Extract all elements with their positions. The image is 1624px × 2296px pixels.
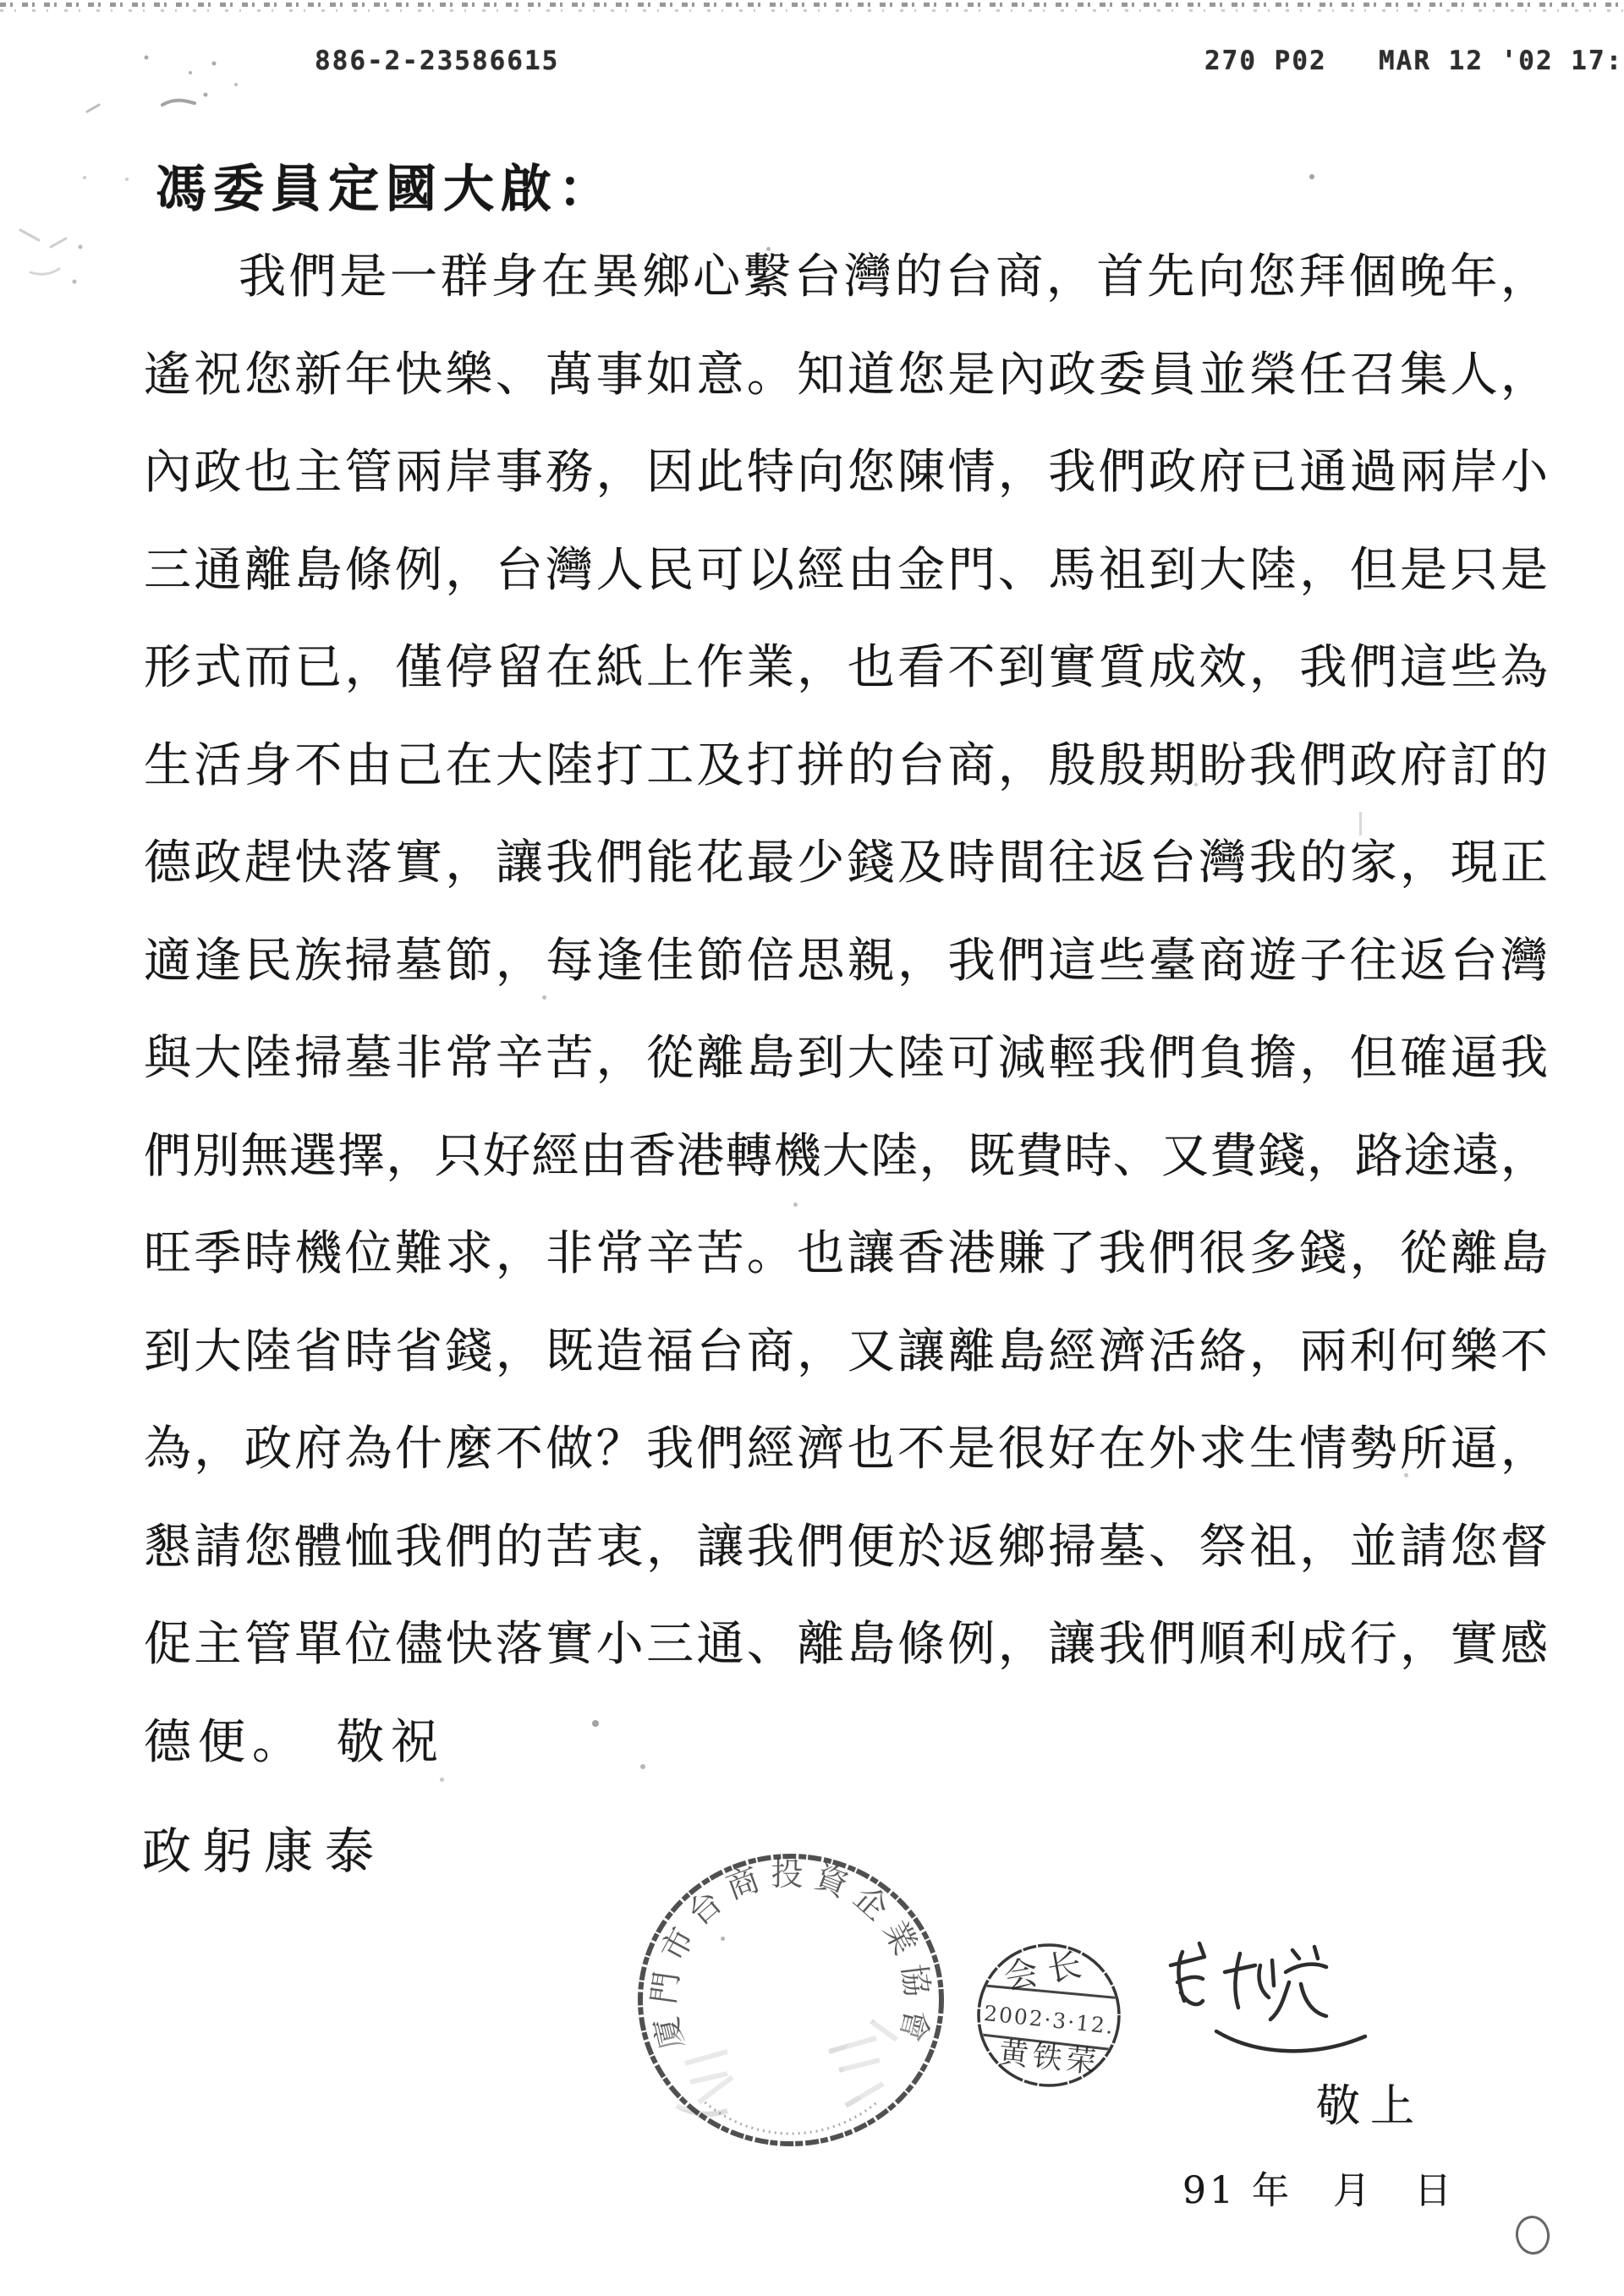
body-line: 適逢民族掃墓節，每逢佳節倍思親，我們這些臺商遊子往返台灣 — [144, 912, 1548, 1011]
body-line: 內政也主管兩岸事務，因此特向您陳情，我們政府已通過兩岸小 — [144, 424, 1548, 522]
date-line: 91 年 月 日 — [1182, 2160, 1455, 2214]
body-line: 促主管單位儘快落實小三通、離島條例，讓我們順利成行，實感 — [144, 1596, 1548, 1694]
seal-fade-overlay — [843, 2019, 936, 2107]
fax-scan-noise-strip — [0, 9, 1624, 12]
scan-speck — [721, 1937, 725, 1941]
body-line: 形式而已，僅停留在紙上作業，也看不到實質成效，我們這些為 — [144, 619, 1548, 717]
body-line: 三通離島條例，台灣人民可以經由金門、馬祖到大陸，但是只是 — [144, 522, 1548, 620]
signature-huang-tie-rong — [1166, 1928, 1394, 2072]
salutation: 馮委員定國大啟： — [156, 149, 616, 222]
scan-speck — [1194, 783, 1198, 786]
body-line: 我們是一群身在異鄉心繫台灣的台商，首先向您拜個晚年， — [144, 228, 1548, 326]
closing-wish: 政躬康泰 — [142, 1811, 386, 1882]
scan-streak — [1359, 812, 1362, 836]
body-line: 遙祝您新年快樂、萬事如意。知道您是內政委員並榮任召集人， — [144, 326, 1548, 425]
scan-speck — [766, 247, 771, 251]
body-line: 到大陸省時省錢，既造福台商，又讓離島經濟活絡，兩利何樂不 — [144, 1303, 1548, 1401]
seal-bottom-microtext — [705, 2102, 876, 2134]
scan-speck — [592, 1720, 599, 1727]
fax-header-page-code: 270 P02 — [1204, 46, 1327, 76]
scan-speck — [440, 1778, 444, 1782]
association-seal: 廈門市台商投資企業協會 — [617, 1852, 964, 2207]
body-line-closing: 德便。 敬祝 — [144, 1694, 1548, 1792]
seal-fade-overlay — [650, 2030, 738, 2111]
fax-letter-page: 886-2-23586615 270 P02 MAR 12 '02 17:15 … — [0, 0, 1624, 2296]
body-line: 生活身不由己在大陸打工及打拼的台商，殷殷期盼我們政府訂的 — [144, 717, 1548, 815]
body-line: 德政趕快落實，讓我們能花最少錢及時間往返台灣我的家，現正 — [144, 814, 1548, 912]
fax-scan-noise-strip — [0, 3, 1624, 7]
scan-speck — [937, 262, 941, 266]
scan-speck — [542, 995, 546, 1000]
body-line: 旺季時機位難求，非常辛苦。也讓香港賺了我們很多錢，從離島 — [144, 1205, 1548, 1303]
letter-body: 我們是一群身在異鄉心繫台灣的台商，首先向您拜個晚年， 遙祝您新年快樂、萬事如意。… — [144, 228, 1548, 1791]
body-line: 們別無選擇，只好經由香港轉機大陸，既費時、又費錢，路途遠， — [144, 1108, 1548, 1206]
scan-speck — [1309, 174, 1314, 179]
circle-mark — [1513, 2213, 1552, 2256]
chairman-seal-date: 2002·3·12. — [983, 2001, 1116, 2039]
body-line: 懇請您體恤我們的苦衷，讓我們便於返鄉掃墓、祭祖，並請您督 — [144, 1499, 1548, 1597]
chairman-seal: 会长 2002·3·12. 黄铁荣 — [968, 1941, 1129, 2093]
body-line: 為，政府為什麼不做？我們經濟也不是很好在外求生情勢所逼， — [144, 1400, 1548, 1499]
scan-speck — [1056, 550, 1060, 554]
seal-rim — [640, 1856, 941, 2144]
fax-header-number: 886-2-23586615 — [315, 46, 559, 76]
body-line: 與大陸掃墓非常辛苦，從離島到大陸可減輕我們負擔，但確逼我 — [144, 1010, 1548, 1108]
scan-speck — [640, 1764, 645, 1769]
scan-speck — [1404, 1473, 1408, 1477]
scan-speck — [793, 1203, 798, 1207]
sign-off: 敬上 — [1316, 2070, 1424, 2134]
fax-header-timestamp: MAR 12 '02 17:15 — [1379, 46, 1624, 76]
